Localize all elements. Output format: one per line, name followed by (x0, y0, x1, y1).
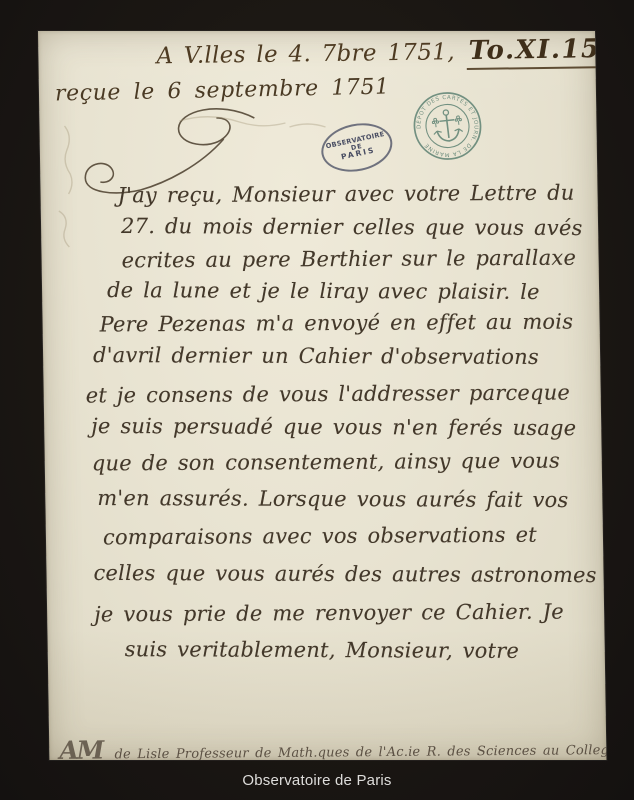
footer-annotation: AM de Lisle Professeur de Math.ques de l… (59, 730, 606, 760)
letter-line: de la lune et je le liray avec plaisir. … (107, 278, 540, 304)
letter-line: J'ay reçu, Monsieur avec votre Lettre du (117, 181, 574, 208)
date-annotation: A V.lles le 4. 7bre 1751, To.XI.152. (156, 34, 607, 75)
letter-line: et je consens de vous l'addresser parceq… (85, 381, 570, 408)
letter-line: je vous prie de me renvoyer ce Cahier. J… (94, 600, 564, 627)
letter-line: m'en assurés. Lorsque vous aurés fait vo… (97, 486, 568, 512)
manuscript-page: A V.lles le 4. 7bre 1751, To.XI.152. reç… (38, 31, 606, 760)
footer-annotation-text: de Lisle Professeur de Math.ques de l'Ac… (114, 742, 606, 760)
letter-photograph: A V.lles le 4. 7bre 1751, To.XI.152. reç… (0, 0, 634, 800)
marine-anchor-stamp: DÉPOT DES CARTES ET JOURN. DE LA MARINE (407, 86, 488, 166)
letter-line: d'avril dernier un Cahier d'observations (93, 343, 539, 369)
monogram: AM (59, 735, 103, 760)
received-annotation: reçue le 6 septembre 1751 (55, 74, 391, 106)
letter-line: 27. du mois dernier celles que vous avés (121, 214, 583, 240)
stamp-line: PARIS (340, 147, 376, 162)
letter-line: suis veritablement, Monsieur, votre (125, 637, 520, 663)
letter-line: celles que vous aurés des autres astrono… (93, 561, 596, 587)
letter-line: comparaisons avec vos observations et (103, 523, 537, 550)
photo-caption: Observatoire de Paris (0, 772, 634, 789)
letter-line: je suis persuadé que vous n'en ferés usa… (91, 414, 576, 440)
letter-line: que de son consentement, ainsy que vous (92, 449, 561, 476)
place-date-text: A V.lles le 4. 7bre 1751, (156, 39, 455, 69)
archive-reference: To.XI.152. (466, 34, 606, 70)
letter-line: Pere Pezenas m'a envoyé en effet au mois (99, 310, 573, 337)
observatoire-oval-stamp: OBSERVATOIRE DE PARIS (316, 117, 397, 178)
letter-line: ecrites au pere Berthier sur le parallax… (121, 246, 576, 273)
